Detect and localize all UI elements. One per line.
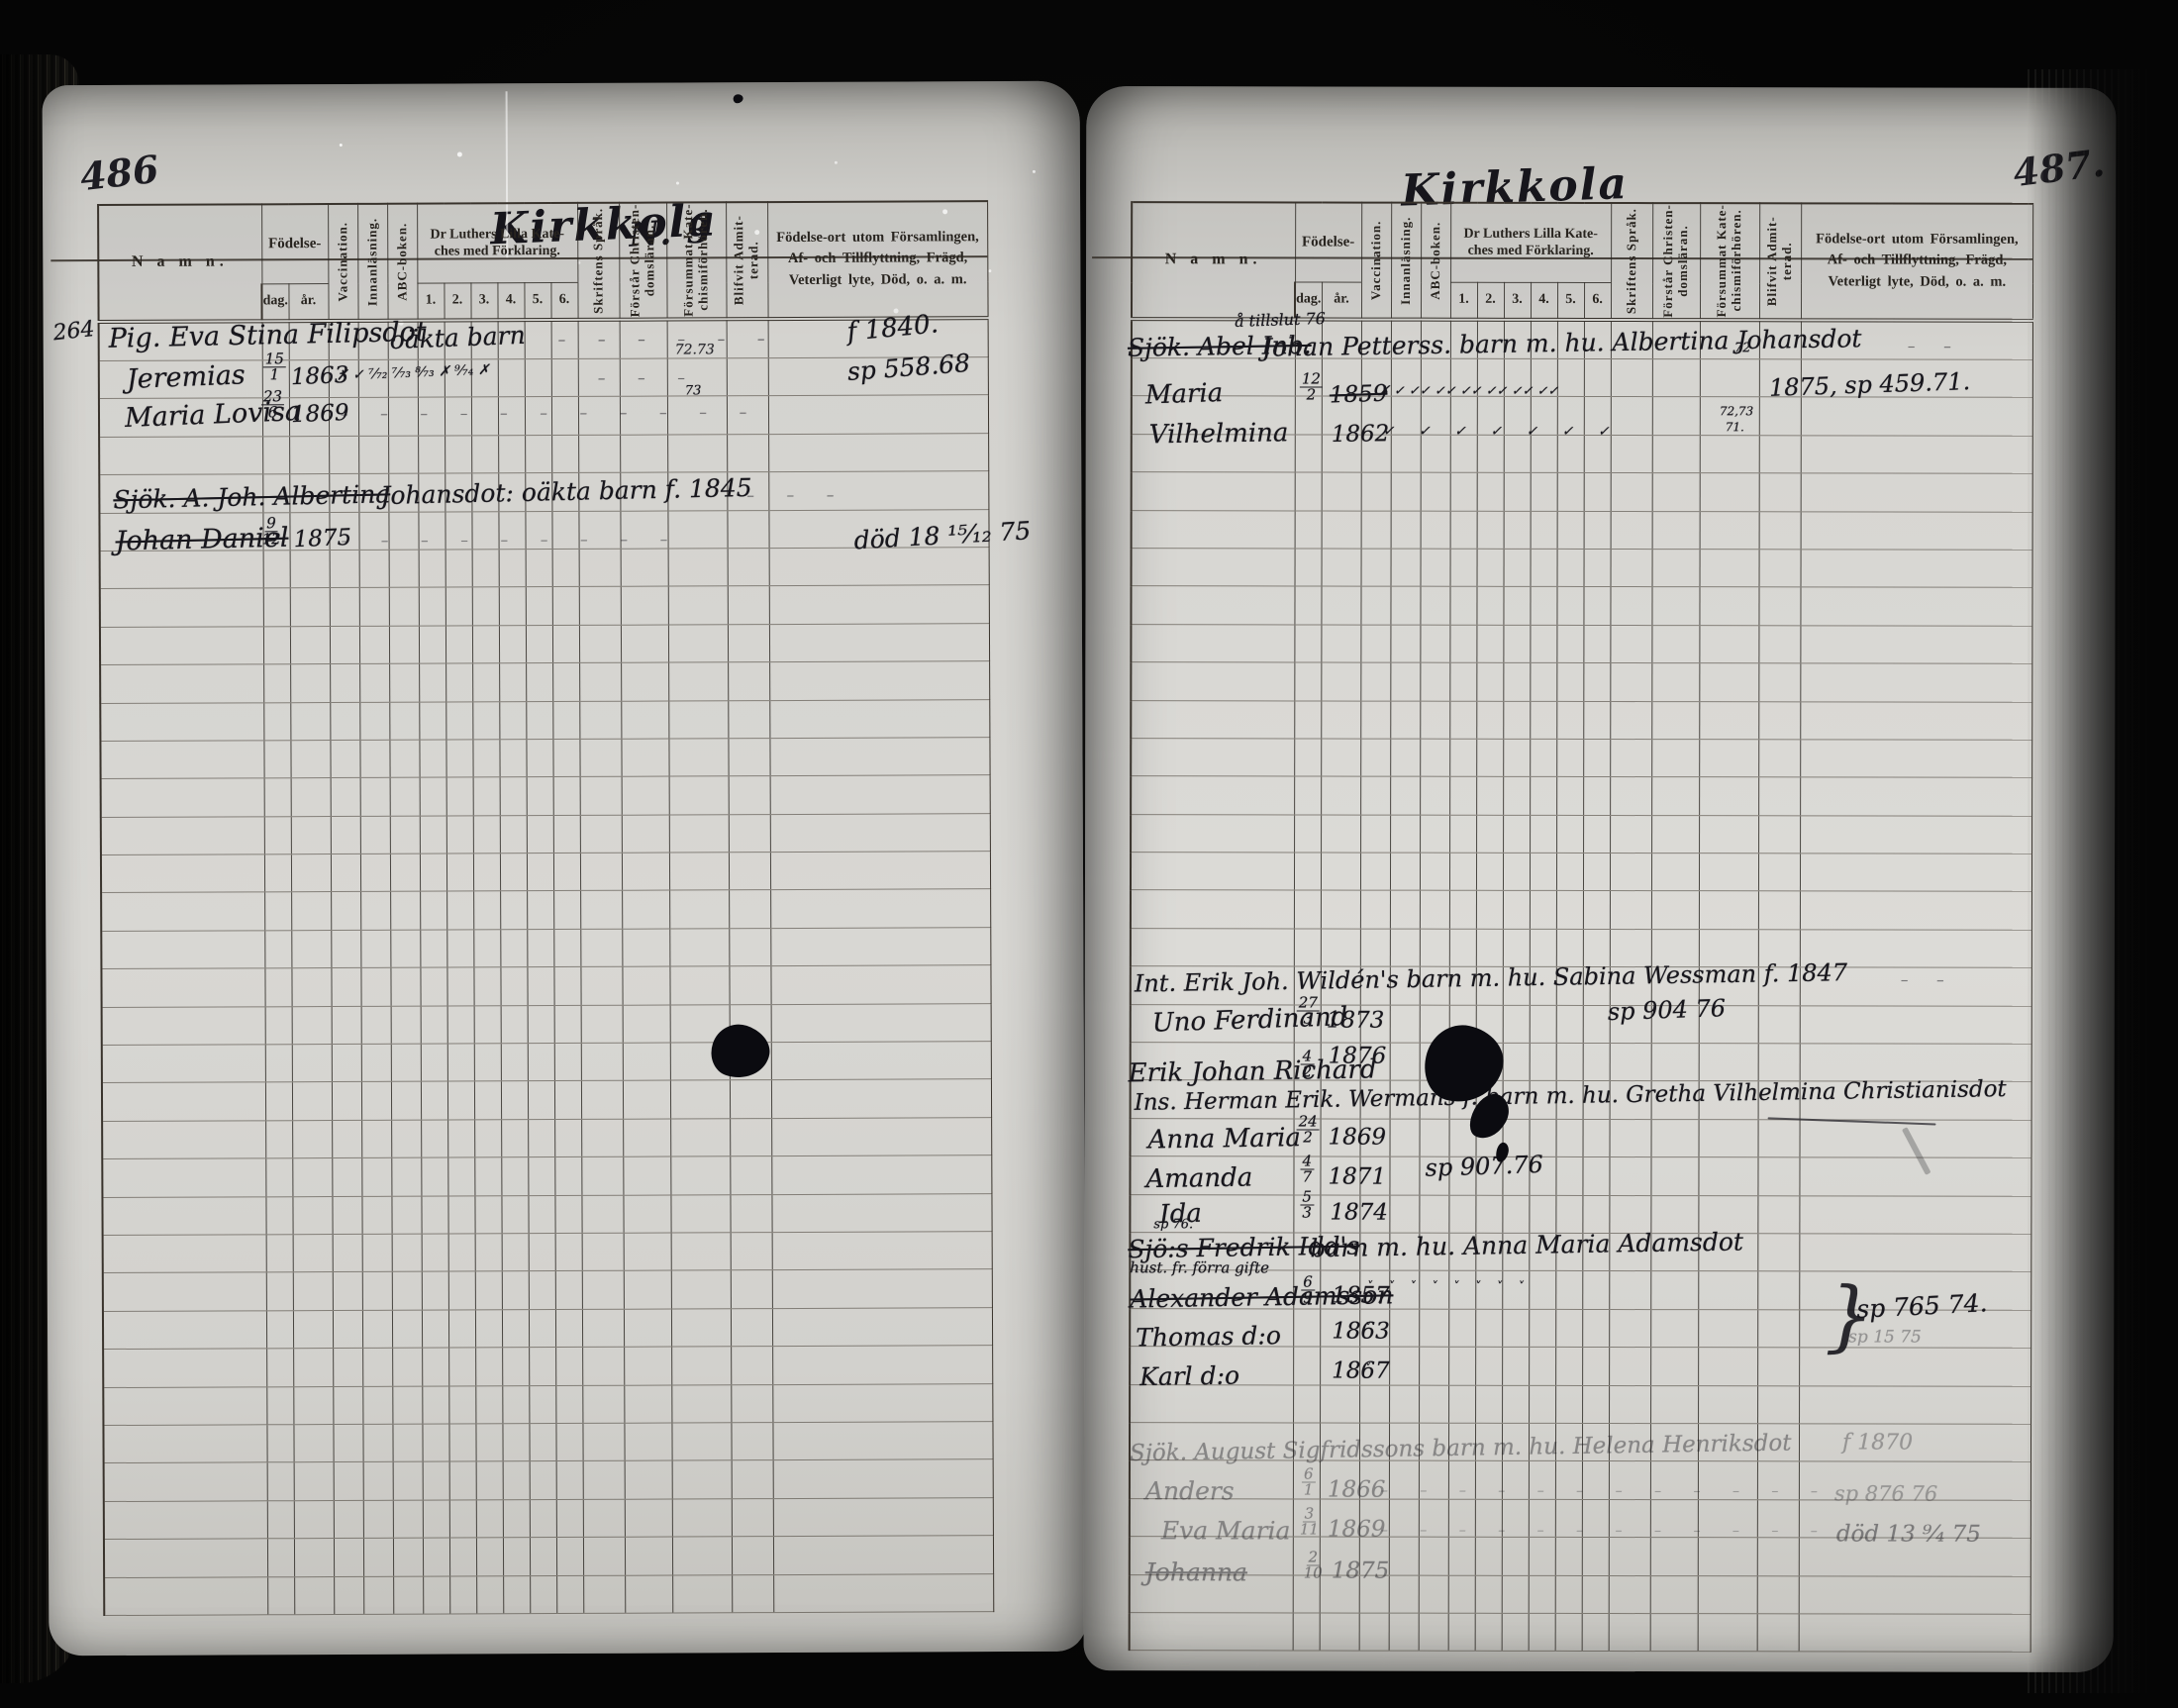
ledger-cell — [1800, 1120, 2031, 1158]
ledger-cell — [1448, 1347, 1475, 1384]
ledger-cell — [393, 1538, 423, 1576]
ledger-cell — [1758, 1005, 1800, 1043]
ledger-cell — [292, 1082, 332, 1121]
ledger-cell — [1293, 1347, 1320, 1384]
ledger-cell — [1555, 1271, 1582, 1309]
ledger-cell — [1475, 1423, 1502, 1460]
ledger-cell — [1583, 625, 1610, 662]
col-header-abc-boken: ABC-boken. — [387, 204, 418, 321]
ledger-cell — [1476, 967, 1503, 1005]
ledger-cell — [1131, 700, 1294, 739]
ledger-cell — [392, 1386, 422, 1425]
ledger-cell — [1360, 625, 1390, 662]
ledger-cell — [294, 1462, 334, 1501]
ledger-page-left: 486 Kirkkola N. 3 N a m n.Födelse-Vaccin… — [43, 81, 1087, 1657]
ledger-cell — [1652, 397, 1700, 435]
ledger-cell — [1420, 662, 1449, 700]
ledger-cell — [1293, 1613, 1320, 1651]
ledger-cell — [1609, 1461, 1650, 1499]
ledger-cell — [1584, 473, 1611, 511]
ledger-cell — [330, 702, 359, 741]
ledger-cell — [731, 1194, 772, 1233]
ledger-cell — [421, 1081, 447, 1120]
ledger-row — [1131, 586, 2032, 626]
ledger-cell — [1502, 1423, 1529, 1460]
ledger-cell — [332, 1120, 361, 1158]
ledger-cell — [620, 319, 667, 358]
ledger-cell — [1295, 472, 1322, 510]
ledger-cell — [669, 890, 729, 929]
ledger-cell — [1360, 815, 1390, 853]
ledger-cell — [1758, 626, 1800, 663]
ledger-cell — [501, 1005, 528, 1044]
ledger-cell — [731, 1270, 772, 1309]
ledger-cell — [1698, 1461, 1757, 1499]
ledger-cell — [1131, 662, 1294, 701]
ledger-row — [1130, 1498, 2031, 1538]
ledger-cell — [266, 1272, 293, 1311]
ledger-cell — [393, 1461, 423, 1500]
ledger-cell — [554, 1195, 581, 1234]
ledger-cell — [553, 929, 580, 967]
ledger-cell — [265, 1006, 292, 1045]
ledger-cell — [1583, 701, 1610, 739]
ledger-cell — [1530, 1119, 1556, 1156]
ledger-cell — [1359, 1575, 1389, 1613]
ledger-cell — [1132, 396, 1295, 435]
ledger-cell — [579, 511, 621, 550]
ledger-cell — [1448, 1271, 1475, 1309]
ledger-cell — [1421, 397, 1450, 435]
ledger-cell — [474, 1005, 501, 1044]
ledger-cell — [1476, 1081, 1503, 1119]
ledger-cell — [1421, 435, 1450, 472]
ledger-cell — [670, 1080, 730, 1119]
ledger-cell — [670, 1004, 730, 1043]
ledger-cell — [1584, 511, 1611, 549]
ledger-cell — [526, 739, 552, 777]
ledger-cell — [1582, 1157, 1609, 1195]
ledger-cell — [291, 968, 331, 1007]
ledger-cell — [1321, 853, 1360, 890]
ledger-cell — [1759, 587, 1801, 625]
ledger-cell — [1502, 1537, 1529, 1574]
ledger-cell — [1698, 1538, 1757, 1575]
ledger-cell — [1582, 1423, 1609, 1460]
ledger-cell — [552, 663, 579, 702]
ledger-cell — [582, 1271, 624, 1310]
ledger-cell — [1700, 359, 1759, 397]
ledger-cell — [1757, 1461, 1799, 1499]
ledger-cell — [331, 816, 360, 854]
ledger-cell — [1610, 1005, 1651, 1043]
ledger-cell — [1320, 1385, 1359, 1423]
ledger-cell — [1556, 1005, 1583, 1043]
ledger-row — [102, 1117, 992, 1158]
ledger-cell — [501, 1081, 528, 1120]
ledger-cell — [293, 1349, 333, 1387]
ledger-cell — [1322, 396, 1361, 434]
ledger-cell — [1361, 549, 1391, 586]
ledger-cell — [728, 510, 769, 549]
ledger-cell — [1699, 1081, 1758, 1119]
ledger-cell — [1530, 701, 1556, 739]
ledger-cell — [530, 1538, 556, 1576]
paper-specks — [340, 144, 343, 147]
ledger-cell — [1448, 1309, 1475, 1347]
ledger-cell — [1698, 1424, 1757, 1461]
ledger-header: N a m n.Födelse-Vaccination.Innanläsning… — [1132, 202, 2033, 320]
ledger-cell — [1652, 587, 1700, 625]
ledger-cell — [104, 1539, 267, 1577]
ledger-cell — [525, 511, 551, 550]
ledger-cell — [1800, 740, 2031, 778]
ledger-cell — [103, 1349, 266, 1387]
ledger-cell — [421, 1120, 447, 1158]
ledger-cell — [1320, 1347, 1359, 1384]
col-header-forsummat-katechismiforhoren: Försummat Kate- chismiförhören. — [1700, 203, 1759, 320]
ledger-cell — [1448, 1613, 1475, 1651]
ledger-cell — [1651, 815, 1699, 853]
ledger-cell — [1801, 550, 2032, 588]
ledger-cell — [551, 320, 578, 359]
ledger-cell — [1698, 1234, 1757, 1271]
ledger-cell — [1758, 891, 1800, 929]
ledger-cell — [1420, 739, 1449, 776]
ledger-cell — [582, 1195, 624, 1234]
ledger-cell — [363, 1500, 393, 1539]
ledger-row — [100, 738, 990, 779]
ledger-cell — [1583, 739, 1610, 776]
ledger-cell — [1132, 319, 1295, 358]
ledger-cell — [770, 813, 991, 852]
col-header-blifvit-admitterad: Blifvit Admit- terad. — [1759, 203, 1801, 320]
ledger-cell — [1294, 890, 1321, 928]
ledger-cell — [1322, 549, 1361, 586]
ledger-cell — [1449, 777, 1476, 815]
ledger-cell — [1699, 1044, 1758, 1081]
ledger-cell — [102, 1082, 265, 1121]
ledger-cell — [475, 1271, 502, 1310]
ledger-cell — [771, 965, 992, 1004]
ledger-cell — [1390, 662, 1420, 700]
ledger-cell — [622, 739, 669, 777]
ledger-cell — [501, 1119, 528, 1157]
col-header-skriftens-sprak-label: Skriftens Språk. — [591, 208, 606, 314]
ledger-cell — [1391, 319, 1421, 358]
ledger-cell — [390, 967, 420, 1006]
ledger-cell — [1556, 663, 1583, 701]
ledger-cell — [1419, 1575, 1448, 1613]
ledger-cell — [1419, 1499, 1448, 1537]
ledger-cell — [333, 1234, 362, 1272]
ledger-cell — [423, 1576, 449, 1615]
ledger-row — [1130, 1537, 2031, 1576]
ledger-cell — [290, 626, 330, 664]
ledger-row — [1131, 853, 2032, 892]
ledger-cell — [624, 1233, 671, 1271]
ledger-cell — [1529, 1499, 1555, 1537]
ledger-cell — [1529, 1575, 1555, 1613]
ledger-cell — [362, 1424, 392, 1462]
ledger-cell — [1294, 1080, 1321, 1118]
ledger-cell — [1389, 1575, 1419, 1613]
ledger-cell — [1557, 549, 1584, 586]
ledger-cell — [1529, 1233, 1555, 1270]
ledger-cell — [622, 853, 669, 891]
ledger-cell — [769, 509, 990, 548]
ledger-cell — [672, 1498, 732, 1537]
ledger-cell — [422, 1386, 448, 1425]
ledger-cell — [1419, 1537, 1448, 1574]
ledger-cell — [1799, 1500, 2030, 1539]
ledger-cell — [289, 436, 329, 474]
ledger-cell — [1609, 1423, 1650, 1460]
ledger-cell — [99, 360, 262, 399]
ledger-cell — [332, 1158, 361, 1197]
ledger-cell — [1611, 359, 1652, 397]
ledger-cell — [773, 1573, 994, 1612]
ledger-cell — [103, 1386, 266, 1425]
ledger-cell — [474, 1195, 501, 1234]
ledger-cell — [1390, 853, 1420, 890]
ledger-cell — [1361, 319, 1391, 358]
ledger-cell — [1611, 320, 1652, 359]
ledger-cell — [330, 588, 359, 627]
ledger-cell — [1758, 967, 1800, 1005]
ledger-cell — [1476, 625, 1503, 662]
ledger-cell — [1390, 929, 1420, 966]
ledger-cell — [330, 664, 359, 703]
ledger-cell — [499, 625, 526, 663]
ledger-cell — [1321, 776, 1360, 814]
ledger-cell — [293, 1310, 333, 1349]
ledger-cell — [1555, 1538, 1582, 1575]
ledger-row — [101, 852, 991, 893]
ledger-cell — [1699, 854, 1758, 891]
ledger-cell — [445, 740, 472, 778]
ledger-cell — [1320, 1499, 1359, 1537]
ledger-cell — [419, 740, 445, 778]
ledger-cell — [1321, 966, 1360, 1004]
ledger-cell — [1584, 435, 1611, 472]
ledger-cell — [528, 1081, 554, 1120]
ledger-cell — [773, 1459, 994, 1498]
ledger-cell — [768, 471, 989, 510]
col-header-kateches-4: 4. — [1531, 283, 1557, 320]
ledger-cell — [769, 623, 990, 661]
ledger-cell — [421, 1044, 447, 1082]
ledger-cell — [1360, 701, 1390, 739]
ledger-cell — [1556, 1081, 1583, 1119]
ledger-cell — [622, 891, 669, 930]
ledger-row — [1131, 1118, 2032, 1157]
col-header-kateches-3: 3. — [470, 283, 497, 320]
ledger-cell — [669, 929, 729, 967]
ledger-cell — [391, 1044, 421, 1082]
ledger-cell — [1583, 1119, 1610, 1156]
ledger-cell — [1130, 1498, 1293, 1537]
ledger-cell — [330, 550, 359, 588]
ledger-cell — [99, 474, 262, 513]
ledger-cell — [1555, 1461, 1582, 1499]
ledger-cell — [730, 1043, 771, 1081]
ledger-cell — [770, 927, 991, 965]
ledger-cell — [1555, 1348, 1582, 1385]
ledger-cell — [1557, 473, 1584, 511]
ledger-cell — [264, 778, 291, 817]
ledger-cell — [1450, 472, 1477, 510]
ledger-cell — [102, 1158, 265, 1197]
ledger-cell — [552, 625, 579, 663]
ledger-cell — [773, 1536, 994, 1574]
ledger-cell — [446, 891, 473, 930]
ledger-cell — [1320, 1195, 1359, 1233]
ledger-cell — [294, 1500, 334, 1539]
col-header-innanlasning: Innanläsning. — [1391, 203, 1421, 320]
ledger-cell — [499, 663, 526, 702]
ledger-cell — [770, 775, 991, 814]
ledger-cell — [265, 1045, 292, 1083]
ledger-cell — [1555, 1157, 1582, 1195]
col-header-forsummat-katechismiforhoren-label: Försummat Kate- chismiförhören. — [681, 204, 711, 317]
ledger-cell — [359, 550, 389, 588]
col-header-kateches-6: 6. — [550, 283, 577, 320]
ledger-cell — [623, 1080, 670, 1119]
ledger-cell — [1293, 1537, 1320, 1574]
ledger-cell — [329, 321, 358, 360]
ledger-cell — [1448, 1537, 1475, 1574]
col-header-forsummat-katechismiforhoren-label: Försummat Kate- chismiförhören. — [1715, 204, 1744, 317]
ledger-cell — [446, 777, 473, 816]
ledger-cell — [1130, 1537, 1293, 1575]
ledger-cell — [1321, 586, 1360, 624]
ledger-cell — [104, 1462, 267, 1501]
ledger-cell — [1799, 1424, 2030, 1462]
ledger-cell — [528, 1119, 554, 1157]
ledger-cell — [333, 1386, 362, 1425]
ledger-cell — [1360, 662, 1390, 700]
ledger-cell — [554, 1043, 581, 1081]
ledger-cell — [1475, 1613, 1502, 1651]
ledger-cell — [391, 1120, 421, 1158]
ledger-cell — [448, 1424, 475, 1462]
ledger-cell — [102, 1006, 265, 1045]
ledger-cell — [1800, 1157, 2031, 1196]
ledger-cell — [262, 512, 289, 551]
ledger-row — [103, 1346, 993, 1387]
ledger-cell — [1555, 1575, 1582, 1613]
ledger-row — [103, 1307, 993, 1349]
ledger-cell — [333, 1349, 362, 1387]
ledger-cell — [1801, 320, 2032, 359]
ledger-cell — [293, 1235, 333, 1273]
ledger-cell — [360, 816, 390, 854]
ledger-cell — [1389, 1271, 1419, 1309]
ledger-cell — [1449, 587, 1476, 625]
ledger-cell — [554, 1119, 581, 1157]
ledger-cell — [1294, 1043, 1321, 1080]
ledger-cell — [1799, 1195, 2030, 1234]
ledger-cell — [263, 664, 290, 703]
ledger-cell — [445, 359, 471, 398]
ledger-cell — [498, 473, 525, 512]
ledger-cell — [1650, 1348, 1698, 1385]
ledger-cell — [1321, 929, 1360, 966]
ledger-cell — [420, 816, 446, 854]
ledger-cell — [421, 1157, 447, 1196]
ledger-cell — [1556, 701, 1583, 739]
ledger-cell — [1757, 1385, 1799, 1423]
ledger-cell — [1321, 890, 1360, 928]
ledger-cell — [471, 359, 498, 398]
ledger-cell — [1132, 549, 1295, 587]
ledger-cell — [1557, 320, 1584, 359]
ledger-cell — [1449, 701, 1476, 739]
ledger-body — [99, 318, 994, 1616]
ledger-cell — [1529, 1537, 1555, 1574]
ledger-cell — [1800, 626, 2031, 664]
col-header-ar: år. — [288, 284, 328, 321]
ledger-cell — [1611, 435, 1652, 472]
ledger-cell — [1449, 1119, 1476, 1156]
ledger-cell — [1476, 853, 1503, 890]
ledger-cell — [1651, 1119, 1699, 1156]
ledger-cell — [362, 1310, 392, 1349]
ledger-cell — [1529, 1613, 1555, 1651]
ledger-cell — [1130, 1270, 1293, 1309]
ledger-cell — [418, 473, 445, 512]
ledger-cell — [1531, 473, 1557, 511]
ledger-cell — [333, 1272, 362, 1311]
ledger-cell — [1611, 511, 1652, 549]
ledger-cell — [502, 1309, 529, 1348]
ledger-row — [1132, 396, 2033, 436]
ledger-cell — [1420, 587, 1449, 625]
ledger-cell — [1583, 777, 1610, 815]
ledger-cell — [1531, 511, 1557, 549]
ledger-cell — [291, 816, 331, 854]
ledger-cell — [1476, 1005, 1503, 1043]
ledger-row — [103, 1422, 993, 1463]
ledger-row — [1130, 1574, 2031, 1614]
ledger-cell — [475, 1310, 502, 1349]
ledger-cell — [581, 1119, 623, 1157]
ledger-cell — [1651, 1157, 1699, 1195]
ledger-cell — [529, 1271, 555, 1310]
ledger-cell — [1699, 740, 1758, 777]
ledger-cell — [1295, 549, 1322, 586]
ledger-cell — [1420, 1043, 1449, 1080]
ledger-cell — [1419, 1461, 1448, 1499]
ledger-cell — [1389, 1460, 1419, 1498]
ledger-cell — [1419, 1613, 1448, 1651]
ledger-cell — [500, 930, 527, 968]
ledger-cell — [1450, 319, 1477, 358]
ledger-cell — [581, 1156, 623, 1195]
ledger-row — [101, 965, 991, 1007]
ledger-cell — [1758, 1081, 1800, 1119]
ledger-cell — [361, 1082, 391, 1121]
ledger-cell — [731, 1347, 772, 1385]
ledger-cell — [1448, 1195, 1475, 1233]
ledger-cell — [262, 321, 289, 360]
ledger-cell — [731, 1233, 772, 1271]
ledger-cell — [669, 776, 729, 815]
ledger-cell — [500, 967, 527, 1006]
ledger-cell — [360, 778, 390, 817]
ledger-cell — [1450, 435, 1477, 472]
